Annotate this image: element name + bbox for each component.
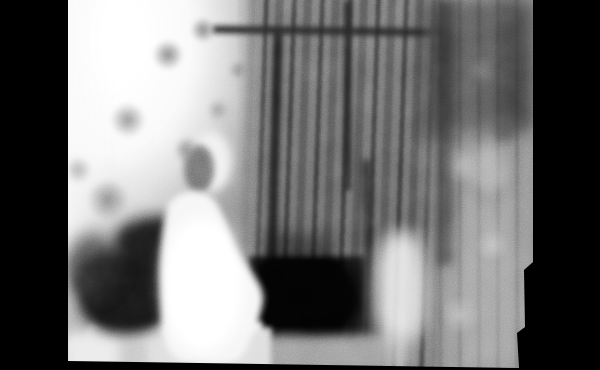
figure-face <box>184 145 214 193</box>
photo-layers <box>68 0 533 370</box>
figure-robe-highlight <box>165 220 241 350</box>
video-frame: Grainy black-and-white photograph: a fig… <box>0 0 600 370</box>
pillarbox-left <box>0 0 68 370</box>
pillarbox-right <box>533 0 600 370</box>
seated-figure <box>68 0 533 370</box>
photograph <box>68 0 533 370</box>
